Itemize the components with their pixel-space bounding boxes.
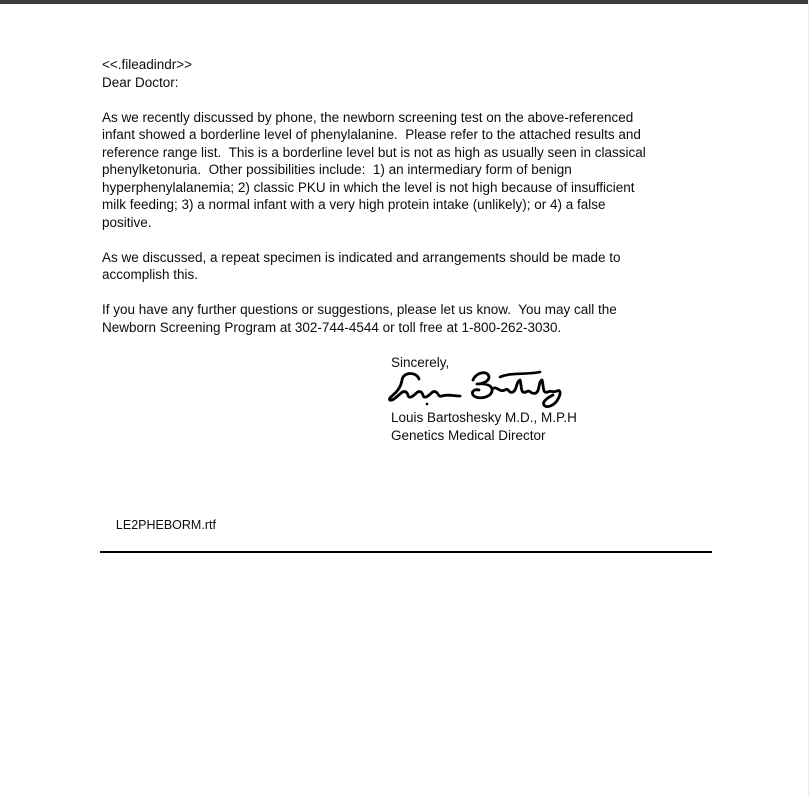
paragraph-line: phenylketonuria. Other possibilities inc…	[102, 161, 702, 179]
paragraph-line: infant showed a borderline level of phen…	[102, 126, 702, 144]
footer-filename-bar: LE2PHEBORM.rtf	[100, 503, 712, 553]
letter-page: <<.fileadindr>> Dear Doctor: As we recen…	[0, 0, 809, 797]
paragraph-line: hyperphenylalanemia; 2) classic PKU in w…	[102, 179, 702, 197]
salutation: Dear Doctor:	[102, 74, 702, 92]
paragraph-line: positive.	[102, 214, 702, 232]
paragraph-3: If you have any further questions or sug…	[102, 301, 702, 336]
signer-title: Genetics Medical Director	[391, 427, 702, 445]
signer-name: Louis Bartoshesky M.D., M.P.H	[391, 409, 702, 427]
top-window-bar	[0, 0, 809, 4]
letter-body: <<.fileadindr>> Dear Doctor: As we recen…	[102, 56, 702, 444]
blank-line	[102, 231, 702, 249]
paragraph-line: Newborn Screening Program at 302-744-454…	[102, 319, 702, 337]
blank-line	[102, 91, 702, 109]
footer-filename: LE2PHEBORM.rtf	[116, 518, 216, 532]
paragraph-line: accomplish this.	[102, 266, 702, 284]
paragraph-line: As we recently discussed by phone, the n…	[102, 109, 702, 127]
blank-line	[102, 336, 702, 354]
paragraph-line: reference range list. This is a borderli…	[102, 144, 702, 162]
paragraph-line: If you have any further questions or sug…	[102, 301, 702, 319]
merge-field: <<.fileadindr>>	[102, 56, 702, 74]
blank-line	[102, 284, 702, 302]
paragraph-2: As we discussed, a repeat specimen is in…	[102, 249, 702, 284]
paragraph-1: As we recently discussed by phone, the n…	[102, 109, 702, 232]
signature-block: Sincerely, Louis Bartoshesky M.D., M.P.H…	[391, 354, 702, 445]
handwritten-signature	[388, 369, 576, 409]
paragraph-line: As we discussed, a repeat specimen is in…	[102, 249, 702, 267]
paragraph-line: milk feeding; 3) a normal infant with a …	[102, 196, 702, 214]
